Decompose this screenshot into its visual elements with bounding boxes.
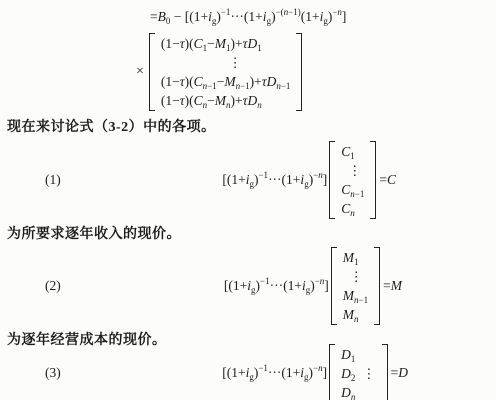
matrix-row: Dn [341,383,376,400]
discount-row-vector: [(1+ig)−1···(1+ig)−n] [224,278,329,294]
matrix-row: M1 [343,248,368,267]
matrix-row: Mn [343,305,368,324]
discount-row-vector: [(1+ig)−1···(1+ig)−n] [222,365,327,381]
equation-3-label: (3) [45,365,61,381]
equation-3: (3) [(1+ig)−1···(1+ig)−n] D1D2 ⋮Dn =D [0,346,496,400]
matrix-row: ⋮ [341,161,364,180]
right-bracket [382,344,388,400]
equation-1-result: =C [379,172,396,188]
equation-2-label: (2) [45,278,61,294]
depreciation-column-vector: D1D2 ⋮Dn [329,344,388,400]
left-bracket [329,344,335,400]
equation-3-formula: [(1+ig)−1···(1+ig)−n] D1D2 ⋮Dn =D [222,344,408,400]
income-column-vector: C1 ⋮Cn−1Cn [329,141,376,219]
matrix-row: Cn [341,199,364,218]
textbook-page: =B0 − [(1+ig)−1···(1+ig)−(n−1)(1+ig)−n] … [0,0,496,400]
equation-1: (1) [(1+ig)−1···(1+ig)−n] C1 ⋮Cn−1Cn =C [0,137,496,223]
matrix-row: ⋮ [343,267,368,286]
matrix-row: ⋮ [161,53,291,72]
left-bracket [149,33,155,111]
matrix-row: C1 [341,142,364,161]
equation-2: (2) [(1+ig)−1···(1+ig)−n] M1 ⋮Mn−1Mn =M [0,243,496,329]
derivation-line1: =B0 − [(1+ig)−1···(1+ig)−(n−1)(1+ig)−n] [150,9,346,25]
left-bracket [331,247,337,325]
right-bracket [296,33,302,111]
cashflow-matrix-rows: (1−τ)(C1−M1)+τD1 ⋮(1−τ)(Cn−1−Mn−1)+τDn−1… [159,33,293,111]
equation-3-result: =D [391,365,408,381]
equation-1-formula: [(1+ig)−1···(1+ig)−n] C1 ⋮Cn−1Cn =C [222,141,396,219]
paragraph-discuss: 现在来讨论式（3-2）中的各项。 [7,116,216,136]
matrix-row: Cn−1 [341,180,364,199]
matrix-row: (1−τ)(Cn−Mn)+τDn [161,91,291,110]
multiplication-sign: × [136,64,144,80]
equation-2-result: =M [383,278,402,294]
matrix-row: D2 ⋮ [341,364,376,383]
cashflow-matrix: (1−τ)(C1−M1)+τD1 ⋮(1−τ)(Cn−1−Mn−1)+τDn−1… [149,33,303,111]
cost-vector-rows: M1 ⋮Mn−1Mn [341,247,370,325]
matrix-row: (1−τ)(Cn−1−Mn−1)+τDn−1 [161,72,291,91]
equation-1-label: (1) [45,172,61,188]
matrix-row: (1−τ)(C1−M1)+τD1 [161,34,291,53]
equation-2-formula: [(1+ig)−1···(1+ig)−n] M1 ⋮Mn−1Mn =M [224,247,402,325]
matrix-row: D1 [341,345,376,364]
cost-column-vector: M1 ⋮Mn−1Mn [331,247,380,325]
income-vector-rows: C1 ⋮Cn−1Cn [339,141,366,219]
right-bracket [374,247,380,325]
depreciation-vector-rows: D1D2 ⋮Dn [339,344,378,400]
paragraph-income-note: 为所要求逐年收入的现价。 [7,223,181,243]
left-bracket [329,141,335,219]
right-bracket [370,141,376,219]
matrix-row: Mn−1 [343,286,368,305]
derivation-matrix-line: × (1−τ)(C1−M1)+τD1 ⋮(1−τ)(Cn−1−Mn−1)+τDn… [136,33,302,111]
discount-row-vector: [(1+ig)−1···(1+ig)−n] [222,172,327,188]
